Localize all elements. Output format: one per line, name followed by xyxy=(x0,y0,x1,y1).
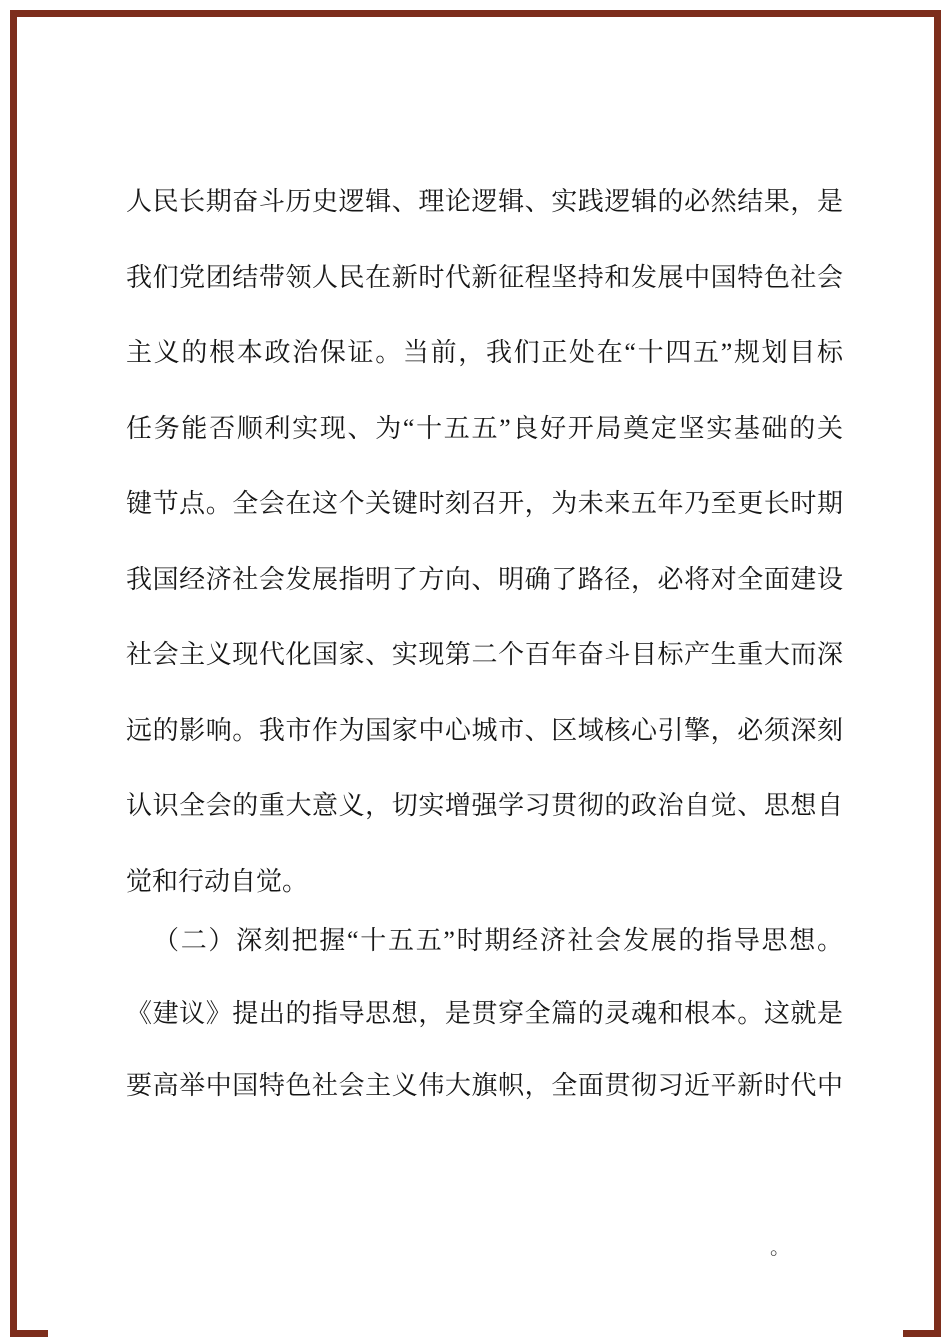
page-border-left xyxy=(10,10,17,1337)
paragraph-2: （二）深刻把握“十五五”时期经济社会发展的指导思想。 《建议》提出的指导思想，是… xyxy=(126,905,843,1123)
page-border-bottom-left xyxy=(10,1330,48,1337)
doc-line: 社会主义现代化国家、实现第二个百年奋斗目标产生重大而深 xyxy=(126,617,843,693)
page-border-right xyxy=(934,10,941,1337)
page-border-bottom-right xyxy=(903,1330,941,1337)
stray-period: 。 xyxy=(770,1238,790,1258)
doc-line: 我国经济社会发展指明了方向、明确了路径，必将对全面建设 xyxy=(126,542,843,618)
doc-line: 《建议》提出的指导思想，是贯穿全篇的灵魂和根本。这就是 xyxy=(126,978,843,1051)
section-heading-line: （二）深刻把握“十五五”时期经济社会发展的指导思想。 xyxy=(126,905,843,978)
document-page: 人民长期奋斗历史逻辑、理论逻辑、实践逻辑的必然结果，是 我们党团结带领人民在新时… xyxy=(0,0,950,1344)
doc-line: 要高举中国特色社会主义伟大旗帜，全面贯彻习近平新时代中 xyxy=(126,1050,843,1123)
paragraph-1: 人民长期奋斗历史逻辑、理论逻辑、实践逻辑的必然结果，是 我们党团结带领人民在新时… xyxy=(126,164,843,919)
doc-line: 任务能否顺利实现、为“十五五”良好开局奠定坚实基础的关 xyxy=(126,391,843,467)
doc-line: 我们党团结带领人民在新时代新征程坚持和发展中国特色社会 xyxy=(126,240,843,316)
doc-line: 远的影响。我市作为国家中心城市、区域核心引擎，必须深刻 xyxy=(126,693,843,769)
doc-line: 键节点。全会在这个关键时刻召开，为未来五年乃至更长时期 xyxy=(126,466,843,542)
doc-line: 主义的根本政治保证。当前，我们正处在“十四五”规划目标 xyxy=(126,315,843,391)
page-border-top xyxy=(10,10,941,17)
doc-line: 人民长期奋斗历史逻辑、理论逻辑、实践逻辑的必然结果，是 xyxy=(126,164,843,240)
doc-line: 认识全会的重大意义，切实增强学习贯彻的政治自觉、思想自 xyxy=(126,768,843,844)
